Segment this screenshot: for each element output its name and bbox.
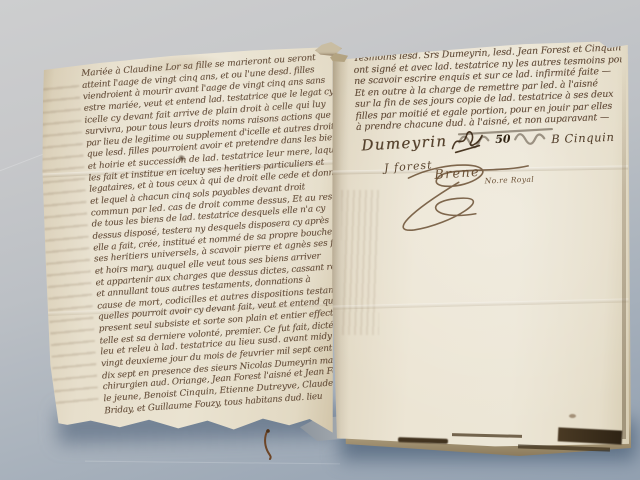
photo-of-manuscript: Mariée à Claudine Lor sa fille se marier… [0,0,640,480]
signature-dumeyrin: Dumeyrin [361,132,448,154]
left-page-text-block: Mariée à Claudine Lor sa fille se marier… [81,52,354,417]
control-scribble: 50 [457,127,556,150]
manuscript-left-page: Mariée à Claudine Lor sa fille se marier… [41,45,333,435]
scribble-number: 50 [495,132,511,146]
right-page-text-block: Tesmoins lesd. Srs Dumeyrin, lesd. Jean … [353,42,624,133]
notary-paraph-icon [378,159,556,245]
background-scratch [85,461,340,465]
paper-stain [569,414,576,418]
signature-block: Dumeyrin 50 B Cinquin J forest Brene No.… [353,126,634,276]
signature-cinquin: B Cinquin [551,130,615,146]
rusty-pin-icon [261,428,275,460]
manuscript-right-page: Tesmoins lesd. Srs Dumeyrin, lesd. Jean … [331,40,629,448]
